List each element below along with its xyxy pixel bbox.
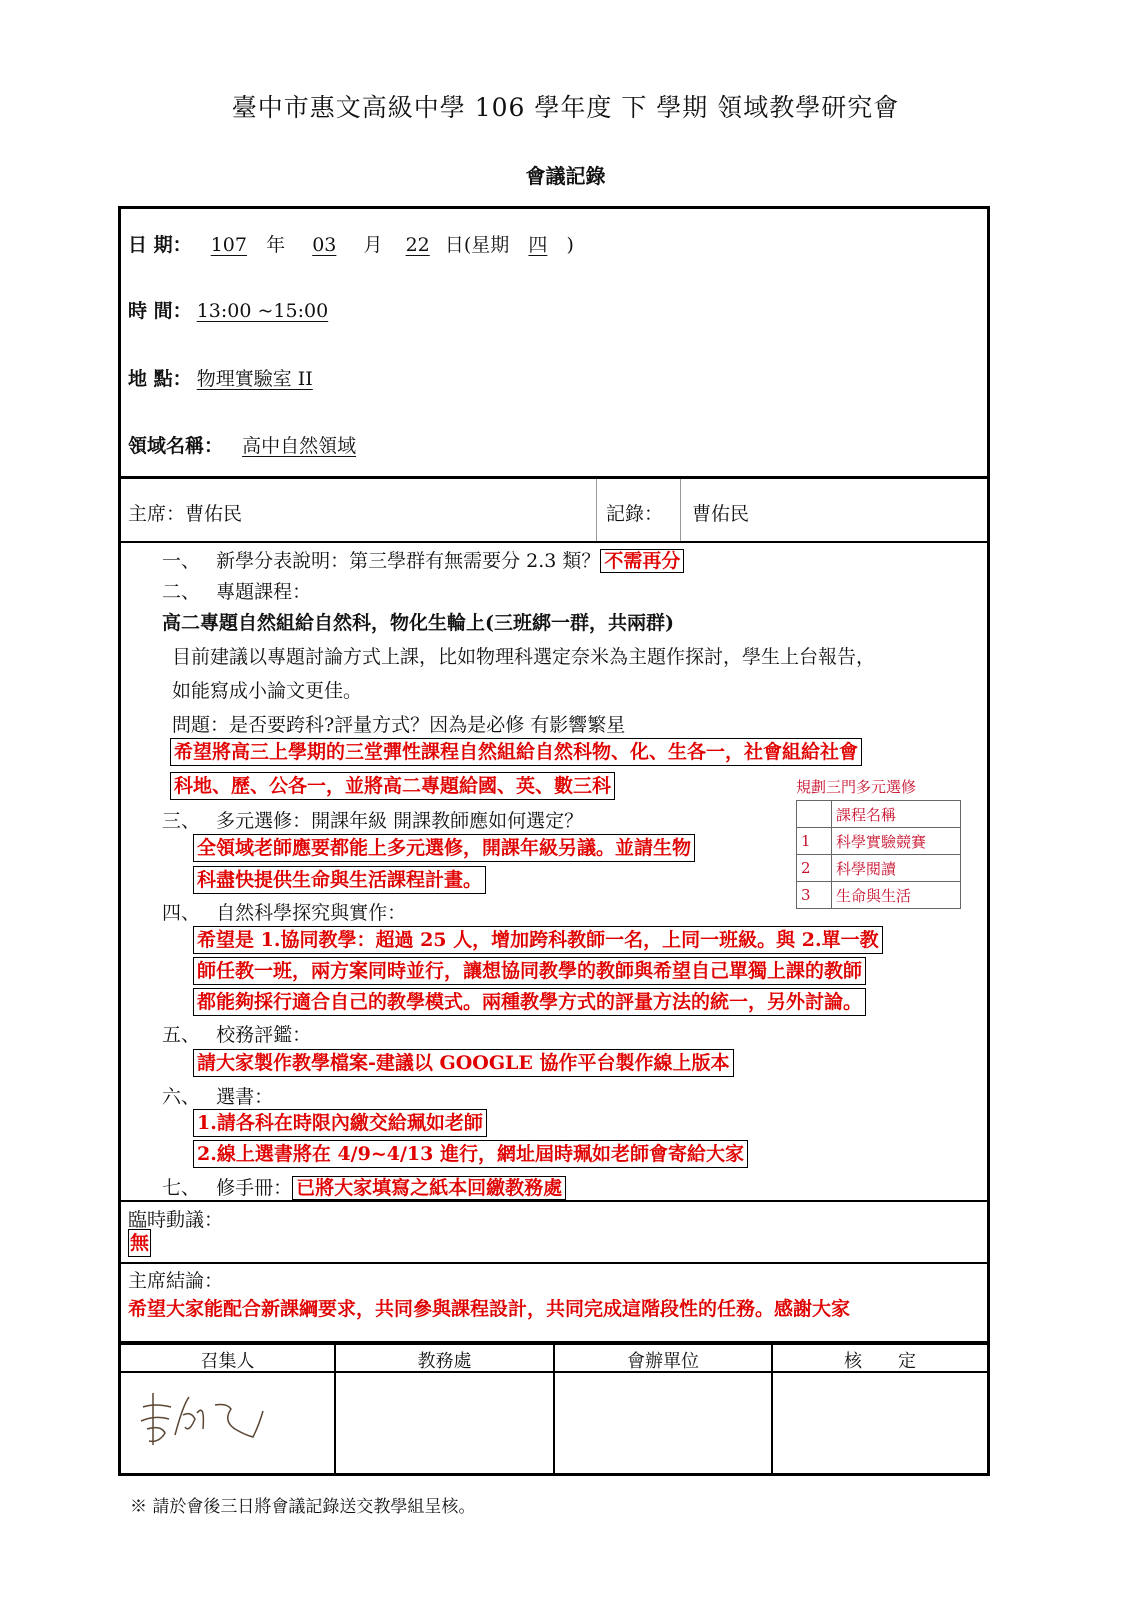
recorder-name: 曹佑民 bbox=[692, 499, 749, 526]
resolution-box: 希望是 1.協同教學：超過 25 人，增加跨科教師一名，上同一班級。與 2.單一… bbox=[193, 926, 883, 954]
agenda-text: 修手冊： bbox=[216, 1177, 292, 1199]
agenda-text: 選書： bbox=[216, 1086, 273, 1108]
resolution-box: 科地、歷、公各一，並將高二專題給國、英、數三科 bbox=[170, 772, 615, 800]
resolution-box: 師任教一班，兩方案同時並行，讓想協同教學的教師與希望自己單獨上課的教師 bbox=[193, 957, 866, 985]
document-title: 臺中市惠文高級中學 106 學年度 下 學期 領域教學研究會 bbox=[0, 88, 1131, 124]
agenda-num: 四、 bbox=[162, 902, 200, 924]
time-row: 時 間： 13:00 ~15:00 bbox=[128, 296, 328, 323]
divider bbox=[118, 1200, 990, 1202]
divider bbox=[596, 479, 597, 541]
agenda-text: 新學分表說明：第三學群有無需要分 2.3 類？ bbox=[216, 550, 600, 572]
document-subtitle: 會議記錄 bbox=[0, 160, 1131, 189]
agenda-item-1: 一、 新學分表說明：第三學群有無需要分 2.3 類？不需再分 bbox=[162, 546, 684, 574]
date-month: 03 bbox=[290, 234, 358, 256]
table-cell: 2 bbox=[797, 855, 832, 882]
chair-label: 主席： bbox=[128, 503, 185, 525]
agenda-num: 一、 bbox=[162, 550, 200, 572]
resolution-box: 不需再分 bbox=[600, 549, 684, 573]
agenda-item-2: 二、 專題課程： bbox=[162, 577, 311, 604]
table-cell bbox=[797, 801, 832, 828]
agenda-2-note: 如能寫成小論文更佳。 bbox=[172, 676, 362, 703]
agenda-text: 多元選修：開課年級 開課教師應如何選定？ bbox=[216, 810, 583, 832]
day-unit: 日(星期 bbox=[445, 234, 509, 256]
chair-name: 曹佑民 bbox=[185, 503, 242, 525]
domain-value: 高中自然領域 bbox=[242, 435, 356, 457]
time-value: 13:00 ~15:00 bbox=[197, 300, 328, 322]
agenda-2-heading: 高二專題自然組給自然科，物化生輪上(三班綁一群，共兩群) bbox=[162, 608, 674, 635]
agenda-text: 專題課程： bbox=[216, 581, 311, 603]
table-row: 1科學實驗競賽 bbox=[797, 828, 961, 855]
resolution-box: 科盡快提供生命與生活課程計畫。 bbox=[193, 866, 486, 894]
agenda-item-6: 六、 選書： bbox=[162, 1082, 273, 1109]
divider bbox=[680, 479, 681, 541]
divider bbox=[118, 541, 990, 543]
table-cell: 生命與生活 bbox=[832, 882, 961, 909]
signoff-header-cosign: 會辦單位 bbox=[555, 1347, 771, 1373]
agenda-item-5: 五、 校務評鑑： bbox=[162, 1020, 311, 1047]
agenda-item-4: 四、 自然科學探究與實作： bbox=[162, 898, 406, 925]
close-paren: ) bbox=[566, 234, 573, 256]
chair-row: 主席：曹佑民 bbox=[128, 499, 242, 526]
recorder-label: 記錄： bbox=[606, 499, 663, 526]
resolution-box: 已將大家填寫之紙本回繳教務處 bbox=[292, 1176, 566, 1200]
agenda-2-note: 問題：是否要跨科?評量方式？因為是必修 有影響繁星 bbox=[172, 710, 625, 737]
conclusion-value: 希望大家能配合新課綱要求，共同參與課程設計，共同完成這階段性的任務。感謝大家 bbox=[128, 1294, 850, 1321]
agenda-num: 六、 bbox=[162, 1086, 200, 1108]
signature bbox=[135, 1385, 295, 1459]
extempore-label: 臨時動議： bbox=[128, 1205, 223, 1232]
place-value: 物理實驗室 II bbox=[197, 368, 313, 390]
footer-note: ※ 請於會後三日將會議記錄送交教學組呈核。 bbox=[130, 1492, 475, 1517]
extempore-value: 無 bbox=[128, 1229, 151, 1257]
time-label: 時 間： bbox=[128, 300, 192, 322]
date-day: 22 bbox=[396, 234, 440, 256]
date-weekday: 四 bbox=[514, 234, 561, 256]
table-cell: 科學實驗競賽 bbox=[832, 828, 961, 855]
signoff-header-convener: 召集人 bbox=[121, 1347, 334, 1373]
elective-table: 課程名稱 1科學實驗競賽 2科學閱讀 3生命與生活 bbox=[796, 800, 961, 909]
place-label: 地 點： bbox=[128, 368, 192, 390]
signature-icon bbox=[135, 1385, 295, 1455]
resolution-box: 希望將高三上學期的三堂彈性課程自然組給自然科物、化、生各一，社會組給社會 bbox=[170, 738, 862, 766]
resolution-box: 1.請各科在時限內繳交給珮如老師 bbox=[193, 1109, 487, 1137]
resolution-box: 都能夠採行適合自己的教學模式。兩種教學方式的評量方法的統一，另外討論。 bbox=[193, 988, 866, 1016]
domain-label: 領域名稱： bbox=[128, 435, 223, 457]
agenda-text: 自然科學探究與實作： bbox=[216, 902, 406, 924]
agenda-2-note: 目前建議以專題討論方式上課，比如物理科選定奈米為主題作探討，學生上台報告， bbox=[172, 642, 875, 669]
table-row: 2科學閱讀 bbox=[797, 855, 961, 882]
resolution-box: 全領域老師應要都能上多元選修，開課年級另議。並請生物 bbox=[193, 834, 695, 862]
conclusion-label: 主席結論： bbox=[128, 1266, 223, 1293]
elective-caption: 規劃三門多元選修 bbox=[796, 776, 916, 797]
table-row: 課程名稱 bbox=[797, 801, 961, 828]
date-year: 107 bbox=[197, 234, 261, 256]
agenda-item-7: 七、 修手冊：已將大家填寫之紙本回繳教務處 bbox=[162, 1173, 566, 1201]
agenda-num: 二、 bbox=[162, 581, 200, 603]
table-cell: 1 bbox=[797, 828, 832, 855]
table-cell: 3 bbox=[797, 882, 832, 909]
divider bbox=[118, 1262, 990, 1264]
domain-row: 領域名稱： 高中自然領域 bbox=[128, 431, 356, 458]
agenda-num: 七、 bbox=[162, 1177, 200, 1199]
date-row: 日 期： 107 年 03 月 22 日(星期 四 ) bbox=[128, 230, 574, 257]
date-label: 日 期： bbox=[128, 234, 192, 256]
agenda-item-3: 三、 多元選修：開課年級 開課教師應如何選定？ bbox=[162, 806, 583, 833]
table-cell: 科學閱讀 bbox=[832, 855, 961, 882]
place-row: 地 點： 物理實驗室 II bbox=[128, 364, 313, 391]
table-cell: 課程名稱 bbox=[832, 801, 961, 828]
agenda-text: 校務評鑑： bbox=[216, 1024, 311, 1046]
signoff-header-approval: 核 定 bbox=[773, 1347, 987, 1373]
resolution-box: 2.線上選書將在 4/9~4/13 進行，網址屆時珮如老師會寄給大家 bbox=[193, 1140, 748, 1168]
resolution-box: 請大家製作教學檔案-建議以 GOOGLE 協作平台製作線上版本 bbox=[193, 1049, 734, 1077]
year-unit: 年 bbox=[266, 234, 285, 256]
agenda-num: 五、 bbox=[162, 1024, 200, 1046]
agenda-num: 三、 bbox=[162, 810, 200, 832]
signoff-header-academic: 教務處 bbox=[336, 1347, 553, 1373]
table-row: 3生命與生活 bbox=[797, 882, 961, 909]
divider bbox=[118, 476, 990, 479]
month-unit: 月 bbox=[363, 234, 382, 256]
